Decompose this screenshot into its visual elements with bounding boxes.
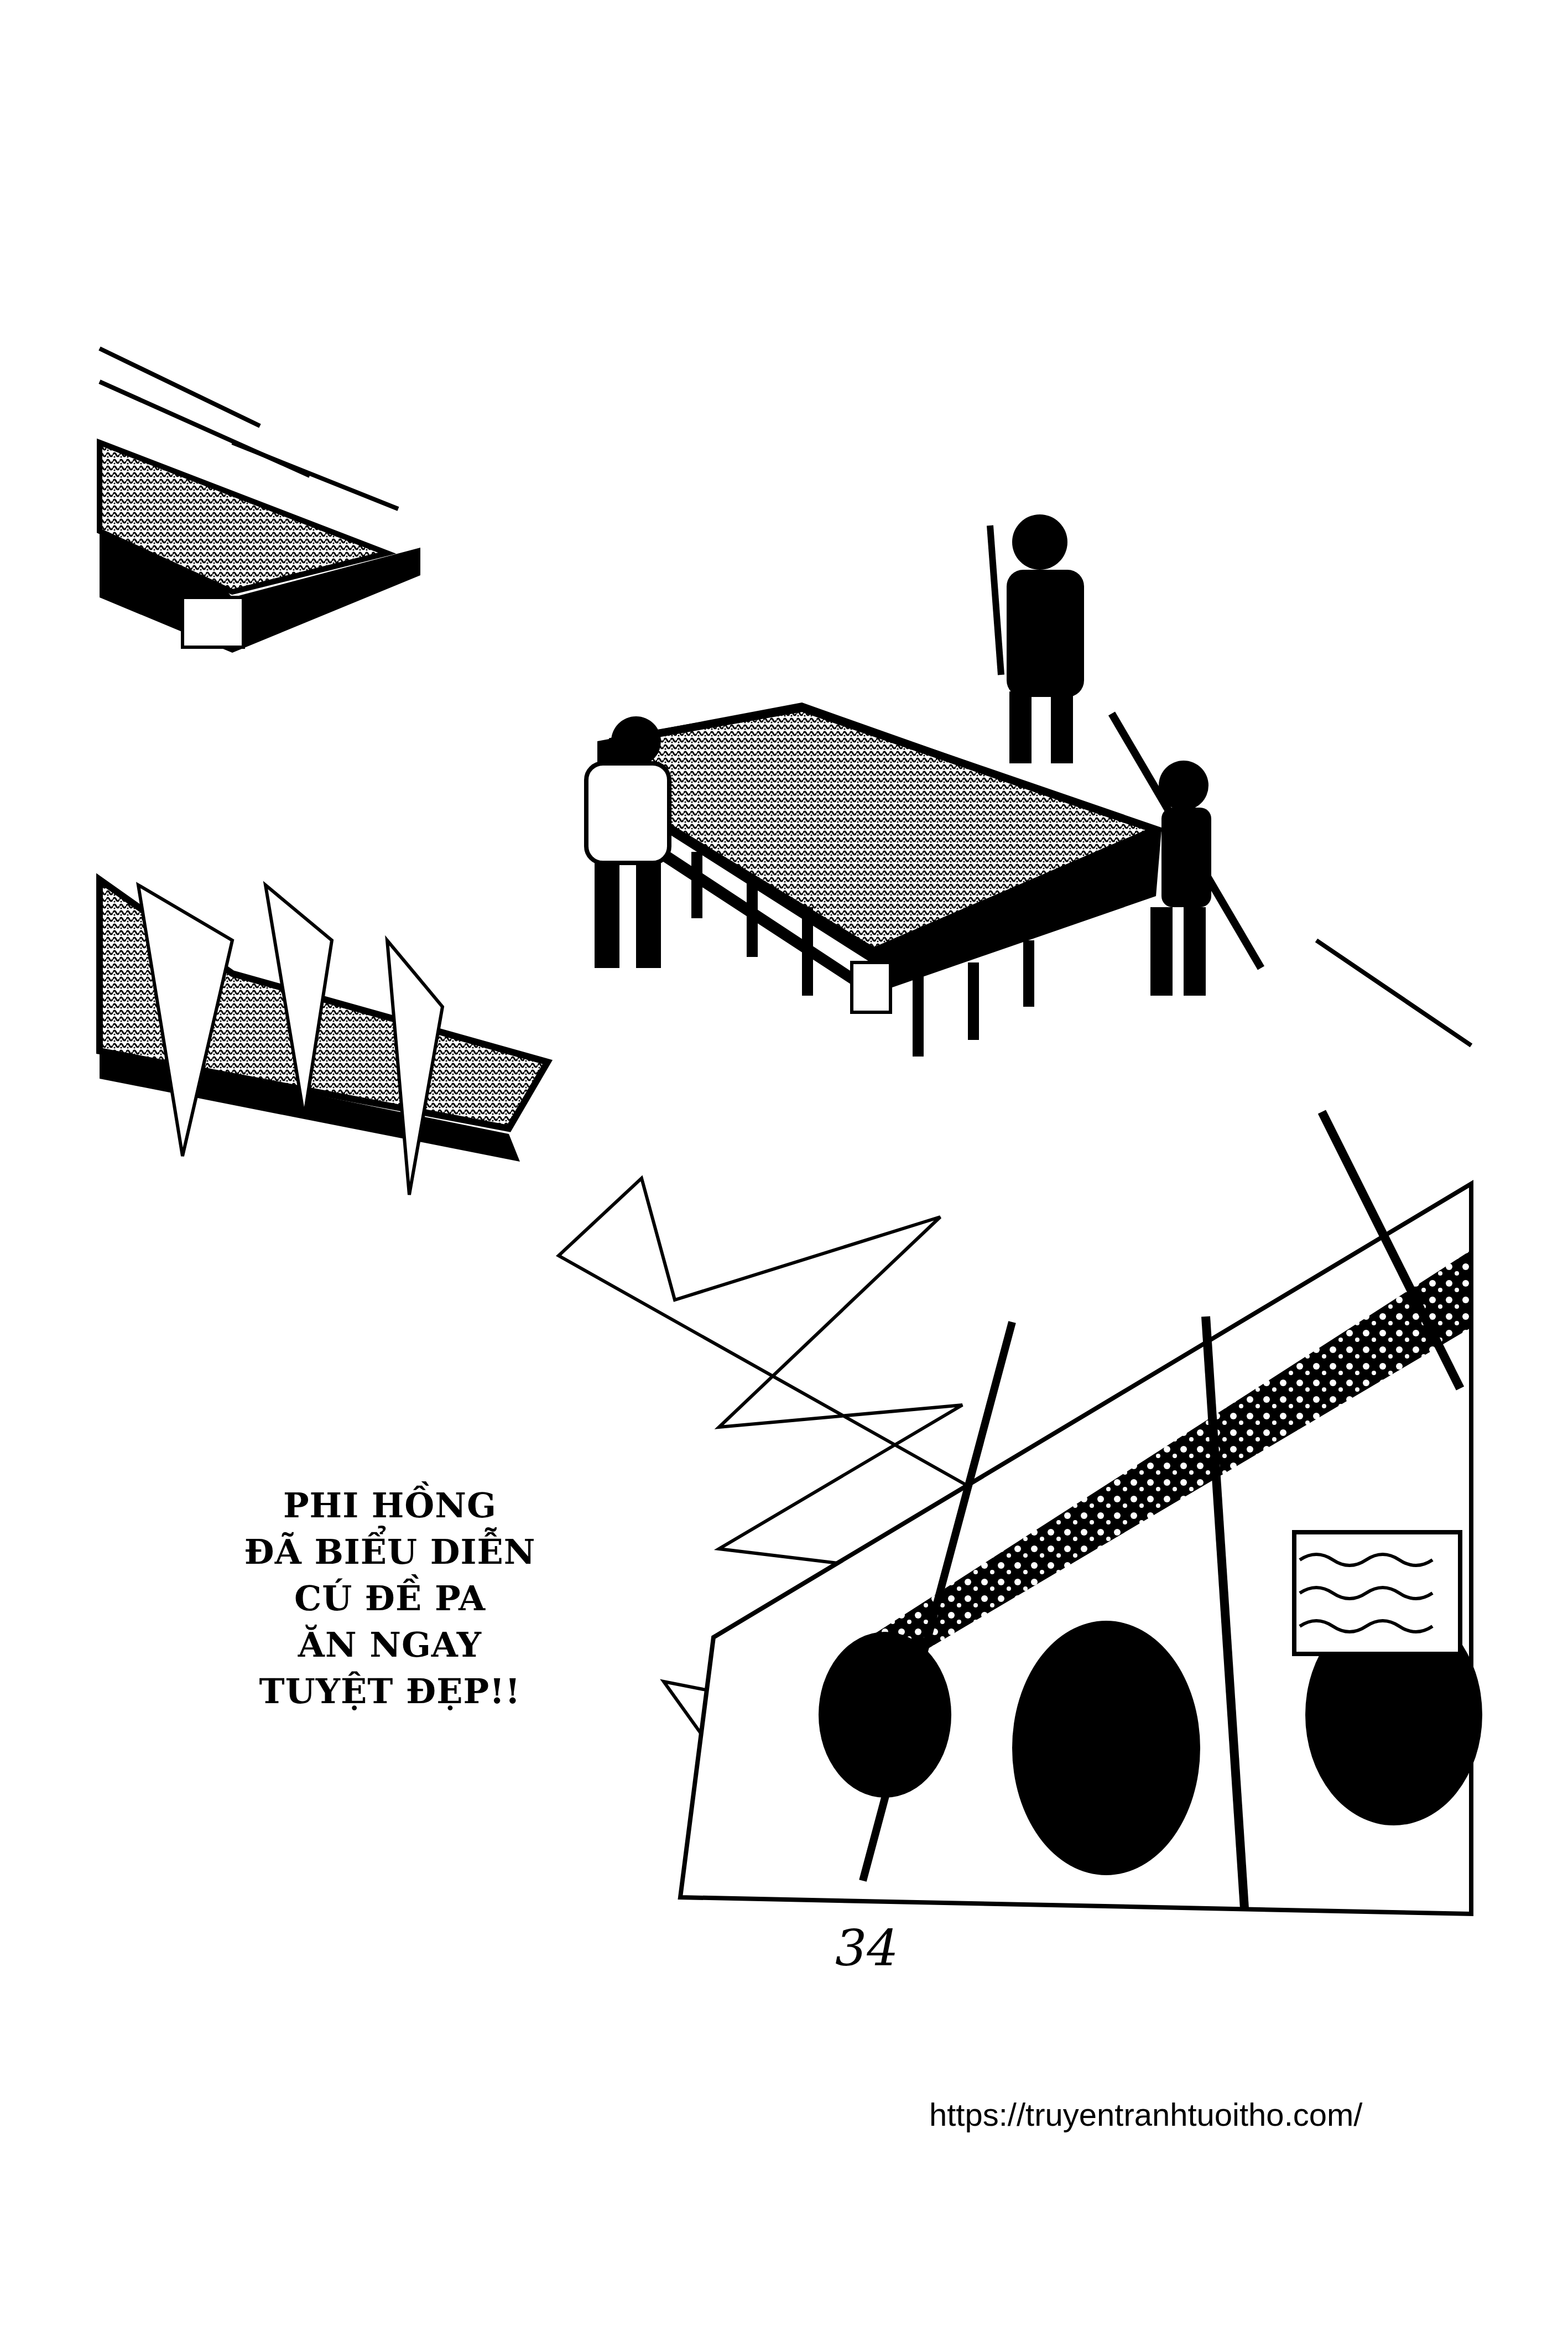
caption-line: TUYỆT ĐẸP!!: [210, 1668, 570, 1715]
speed-lines-right: [1316, 940, 1471, 1045]
narration-caption: PHI HỒNG ĐÃ BIỂU DIỄN CÚ ĐỀ PA ĂN NGAY T…: [210, 1482, 570, 1715]
pool-table-main: [597, 703, 1161, 1057]
caption-line: ĐÃ BIỂU DIỄN: [210, 1529, 570, 1575]
watermark-url: https://truyentranhtuoitho.com/: [929, 2096, 1362, 2134]
caption-line: CÚ ĐỀ PA: [210, 1575, 570, 1622]
caption-line: ĂN NGAY: [210, 1622, 570, 1668]
caption-line: PHI HỒNG: [210, 1482, 570, 1529]
player-standing-back: [990, 514, 1084, 763]
page-number: 34: [835, 1919, 899, 1978]
pool-table-left-top: [100, 443, 420, 653]
comic-illustration: [0, 0, 1568, 2352]
